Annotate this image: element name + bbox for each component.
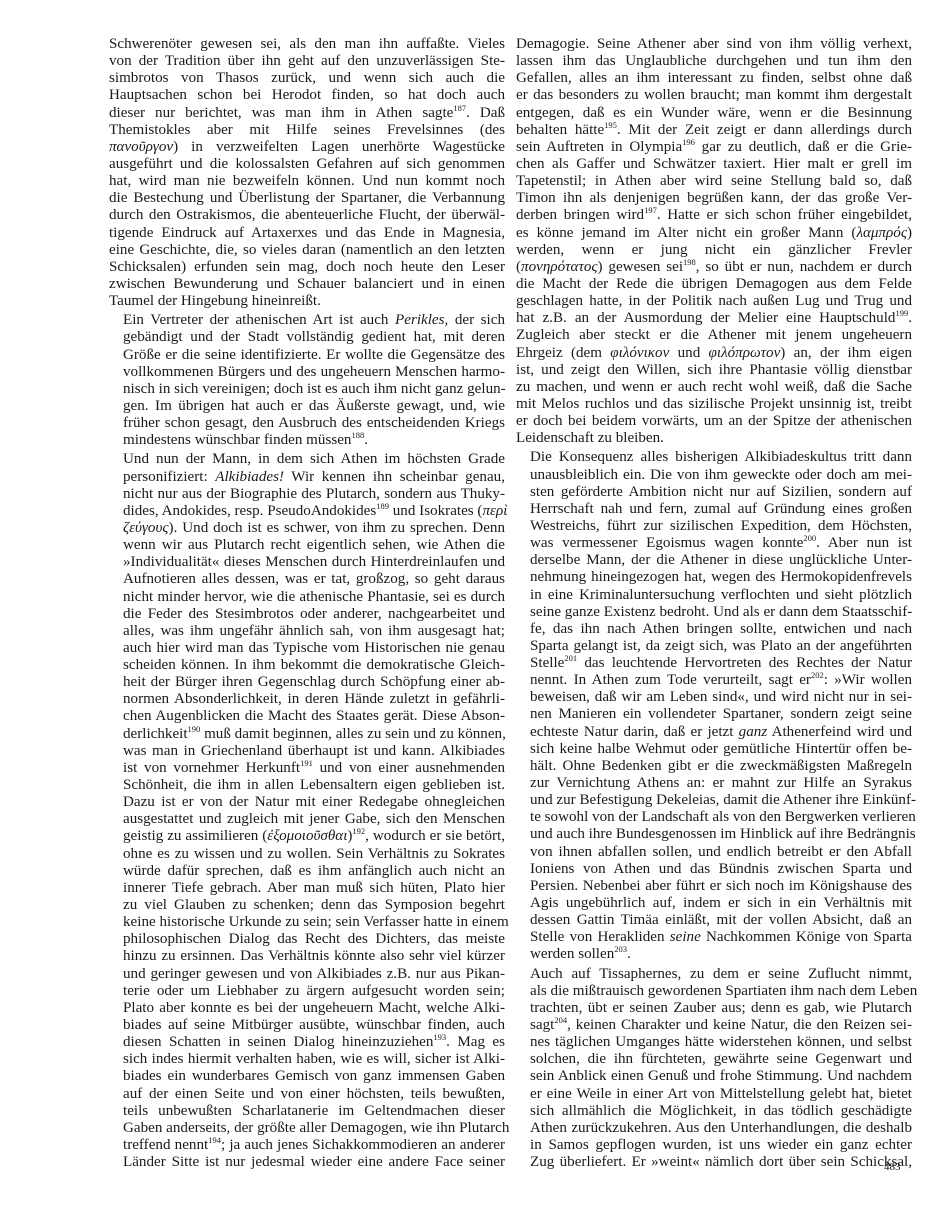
text-run: Gaben anderseits, der größte aller Demag… <box>123 1120 509 1136</box>
text-line: mit Melos ruchlos und das sizilische Pro… <box>516 396 912 413</box>
text-run: Gefallen, alles an ihm interessant zu fi… <box>516 70 912 86</box>
text-run: . Aber nun ist <box>816 535 912 551</box>
text-run: werden sollen <box>530 946 614 962</box>
footnote-ref: 199 <box>895 308 908 318</box>
text-line: Plato aber konnte es bei der ungeheuern … <box>109 1000 505 1017</box>
text-run: und zur Befestigung Dekeleias, damit die… <box>530 792 916 808</box>
footnote-ref: 201 <box>564 653 577 663</box>
text-run: zu machen, und wenn er auch recht wohl w… <box>516 379 912 395</box>
text-run: simbrotos von Thasos zurück, und wenn si… <box>109 70 505 86</box>
text-run: ). Und doch ist es schwer, von ihm zu sp… <box>169 520 505 536</box>
text-run: werden, wenn er jung nicht ein gänzliche… <box>516 242 912 258</box>
text-run: fe, das ihn nach Athen bringen sollte, e… <box>530 621 912 637</box>
text-run: von ihnen abfallen sollen, und endlich b… <box>530 844 912 860</box>
text-line: und geringer gewesen und von Alkibiades … <box>109 966 505 983</box>
text-run: nennt. In Athen zum Tode verurteilt, sag… <box>530 672 811 688</box>
text-run: Timon ihn als denjenigen begrüßen kann, … <box>516 190 912 206</box>
text-line: ζεύγους). Und doch ist es schwer, von ih… <box>109 520 505 537</box>
text-line: biades ein wunderbares Gemisch von ganz … <box>109 1068 505 1085</box>
text-line: gen. Im übrigen hat auch er das Äußerste… <box>109 398 505 415</box>
text-line: ist von vornehmer Herkunft191 und von ei… <box>109 760 505 777</box>
text-line: vollkommenen Bürgers und des ungeheuern … <box>109 364 505 381</box>
text-line: mindestens wünschbar finden müssen188. <box>109 432 505 449</box>
text-line: Stelle201 das leuchtende Hervortreten de… <box>516 655 912 672</box>
italic-text: Perikles, <box>395 312 448 328</box>
text-run: ausgeführt und die kolossalsten Gefahren… <box>109 156 505 172</box>
text-run: , so übt er nun, nachdem er durch <box>696 259 912 275</box>
text-line: echteste Natur darin, daß er jetzt ganz … <box>516 724 912 741</box>
text-line: Persien. Nebenbei aber führt er sich noc… <box>516 878 912 895</box>
footnote-ref: 202 <box>811 670 824 680</box>
text-run: und geringer gewesen und von Alkibiades … <box>123 966 505 982</box>
text-run: Stelle von Herakliden <box>530 929 670 945</box>
text-run: gen. Im übrigen hat auch er das Äußerste… <box>123 398 505 414</box>
footnote-ref: 191 <box>300 758 313 768</box>
text-run: keine historische Urkunde zu sein; sein … <box>123 914 509 930</box>
text-line: auf der einen Seite und von einer höchst… <box>109 1086 505 1103</box>
text-line: Und nun der Mann, in dem sich Athen im h… <box>109 451 505 468</box>
text-run: geistig zu assimilieren ( <box>123 828 267 844</box>
text-run: chen Augenblicken die Macht des Staates … <box>123 708 505 724</box>
text-line: Athen zurückzukehren. Aus den Unterhandl… <box>516 1120 912 1137</box>
text-line: πανοῦργον) in verzweifelten Lagen unerhö… <box>109 139 505 156</box>
text-run: was man in Griechenland überhaupt ist un… <box>123 743 505 759</box>
text-line: hält. Ohne Bedenken gibt er die zweckmäß… <box>516 758 912 775</box>
text-run: was vermessener Egoismus wagen konnte <box>530 535 803 551</box>
text-run: . Mit der Zeit zeigt er dann allerdings … <box>617 122 912 138</box>
text-run: Schwerenöter gewesen sei, als den man ih… <box>109 36 505 52</box>
text-line: und auch ihre Bundesgenossen im Hinblick… <box>516 826 912 843</box>
text-line: Taumel der Hingebung hineinreißt. <box>109 293 505 310</box>
text-run: wenn wir aus Plutarch recht eigentlich s… <box>123 537 505 553</box>
italic-text: ἐξομοιοῦσθαι <box>267 828 347 844</box>
text-line: Die Konsequenz alles bisherigen Alkibiad… <box>516 449 912 466</box>
text-run: er eine Weile in einer Art von Mittelste… <box>530 1086 912 1102</box>
text-line: ausgestattet und zugleich mit jener Gabe… <box>109 811 505 828</box>
text-line: zu machen, und wenn er auch recht wohl w… <box>516 379 912 396</box>
text-run: es könne jemand im Alter nicht ein große… <box>516 225 856 241</box>
text-run: von der Tradition über ihn geht auf den … <box>109 53 505 69</box>
text-line: (πονηρότατος) gewesen sei198, so übt er … <box>516 259 912 276</box>
italic-text: seine <box>670 929 701 945</box>
text-line: »Individualität« dieses Menschen durch H… <box>109 554 505 571</box>
text-line: nehmung hineingezogen hat, wegen des Her… <box>516 569 912 586</box>
text-run: hält. Ohne Bedenken gibt er die zweckmäß… <box>530 758 912 774</box>
text-run: und auch ihre Bundesgenossen im Hinblick… <box>530 826 916 842</box>
text-line: Demagogie. Seine Athener aber sind von i… <box>516 36 912 53</box>
text-run: , keinen Charakter und keine Natur, die … <box>567 1017 912 1033</box>
text-line: nicht minder hervor, wie die athenische … <box>109 589 505 606</box>
text-line: simbrotos von Thasos zurück, und wenn si… <box>109 70 505 87</box>
footnote-ref: 189 <box>376 501 389 511</box>
text-run: nen Manieren ein vollendeter Spartaner, … <box>530 706 912 722</box>
text-run: Herrschaft nah und fern, zumal auf Gründ… <box>530 501 912 517</box>
text-run: trachten, übt er seinen Zauber aus; denn… <box>530 1000 912 1016</box>
text-line: werden sollen203. <box>516 946 912 963</box>
text-line: lassen ihm das Unglaubliche durchgehen u… <box>516 53 912 70</box>
text-run: mit Melos ruchlos und das sizilische Pro… <box>516 396 912 412</box>
text-line: Schicksalen) erfunden sein mag, doch noc… <box>109 259 505 276</box>
text-run: er das besonders zu wollen braucht; man … <box>516 87 912 103</box>
text-line: sagt204, keinen Charakter und keine Natu… <box>516 1017 912 1034</box>
text-run: muß damit beginnen, alles zu sein und zu… <box>200 726 506 742</box>
text-run: sich keine halbe Wehmut oder gemütliche … <box>530 741 912 757</box>
paragraph: Ein Vertreter der athenischen Art ist au… <box>109 312 505 449</box>
text-line: als die mißtrauisch gewordenen Spartiate… <box>516 983 912 1000</box>
text-line: er eine Weile in einer Art von Mittelste… <box>516 1086 912 1103</box>
text-run: . Daß <box>466 105 505 121</box>
text-line: heit der Bürger ihren Gegenschlag durch … <box>109 674 505 691</box>
italic-text: λαμπρός <box>856 225 907 241</box>
text-line: von ihnen abfallen sollen, und endlich b… <box>516 844 912 861</box>
text-line: sein Anblick einen Genuß und frohe Stimm… <box>516 1068 912 1085</box>
text-run: Größe er die seine identifizierte. Er wo… <box>123 347 505 363</box>
text-run: dessen Gattin Timäa einläßt, mit der vol… <box>530 912 912 928</box>
text-line: personifiziert: Alkibiades! Wir kennen i… <box>109 469 505 486</box>
text-line: chen Augenblicken die Macht des Staates … <box>109 708 505 725</box>
text-line: früher schon gesagt, den Ausbruch des en… <box>109 415 505 432</box>
text-line: keine historische Urkunde zu sein; sein … <box>109 914 505 931</box>
text-run: auf der einen Seite und von einer höchst… <box>123 1086 505 1102</box>
text-run: diesen Schatten in seinen Dialog hineinz… <box>123 1034 433 1050</box>
text-run: in Samos gepflogen wurden, ist uns wiede… <box>530 1137 912 1153</box>
text-run: ohne es zu wissen und zu wollen. Sein Ve… <box>123 846 505 862</box>
text-line: dides, Andokides, resp. PseudoAndokides1… <box>109 503 505 520</box>
text-run: Die Konsequenz alles bisherigen Alkibiad… <box>530 449 912 465</box>
footnote-ref: 198 <box>683 257 696 267</box>
text-line: teils unbewußten Scharlatanerie im Gelte… <box>109 1103 505 1120</box>
text-run: zu viel Glauben zu schenken; denn das Sy… <box>123 897 505 913</box>
text-run: . Hatte er sich schon früher eingebildet… <box>657 207 912 223</box>
text-run: Aufnotieren alles dessen, was er tat, gr… <box>123 571 505 587</box>
text-run: biades ein wunderbares Gemisch von ganz … <box>123 1068 505 1084</box>
text-run: seine ganze Existenz bedroht. Und als er… <box>530 604 912 620</box>
text-run: Sparta gelangt ist, da zeigt sich, was P… <box>530 638 912 654</box>
text-line: Auch auf Tissaphernes, zu dem er seine Z… <box>516 966 912 983</box>
text-run: Demagogie. Seine Athener aber sind von i… <box>516 36 912 52</box>
text-run: biades auf seine Mitbürger ausübte, wüns… <box>123 1017 505 1033</box>
text-line: trachten, übt er seinen Zauber aus; denn… <box>516 1000 912 1017</box>
text-line: Aufnotieren alles dessen, was er tat, gr… <box>109 571 505 588</box>
text-line: Gefallen, alles an ihm interessant zu fi… <box>516 70 912 87</box>
text-run: ) <box>907 225 912 241</box>
text-run: Athenerfeind wird und <box>767 724 912 740</box>
text-run: ausgestattet und zugleich mit jener Gabe… <box>123 811 505 827</box>
text-line: Länder Sitte ist nur jedesmal wieder ein… <box>109 1154 505 1171</box>
text-run: und <box>669 345 708 361</box>
footnote-ref: 195 <box>604 120 617 130</box>
text-run: derben bringen wird <box>516 207 644 223</box>
text-run: unausbleiblich ein. Die von ihm geweckte… <box>530 467 912 483</box>
text-line: sein Auftreten in Olympia196 gar zu deut… <box>516 139 912 156</box>
text-run: nicht minder hervor, wie die athenische … <box>123 589 505 605</box>
text-run: sich allmählich die Möglichkeit, in das … <box>530 1103 912 1119</box>
text-run: terie oder um Liebhaber zu ärgern aufges… <box>123 983 505 999</box>
text-line: Hauptsachen schon bei Herodot finden, so… <box>109 87 505 104</box>
text-line: die Bestechung und Überlistung der Spart… <box>109 190 505 207</box>
text-run: ) in verzweifelten Lagen unerhörte Wages… <box>173 139 505 155</box>
paragraph: Demagogie. Seine Athener aber sind von i… <box>516 36 912 447</box>
text-run: , wodurch er sie betört, <box>365 828 505 844</box>
text-line: Schönheit, die ihm in allen Lebensaltern… <box>109 777 505 794</box>
text-run: tigende Eindruck auf Artaxerxes und das … <box>109 225 505 241</box>
text-line: tigende Eindruck auf Artaxerxes und das … <box>109 225 505 242</box>
text-run: sein Auftreten in Olympia <box>516 139 682 155</box>
text-line: derlichkeit190 muß damit beginnen, alles… <box>109 726 505 743</box>
footnote-ref: 196 <box>682 137 695 147</box>
text-line: Westreichs, führt zur sizilischen Expedi… <box>516 518 912 535</box>
text-line: Timon ihn als denjenigen begrüßen kann, … <box>516 190 912 207</box>
text-run: te sowohl von der Landschaft als von den… <box>530 809 916 825</box>
text-line: es könne jemand im Alter nicht ein große… <box>516 225 912 242</box>
text-run: Taumel der Hingebung hineinreißt. <box>109 293 321 309</box>
text-run: behalten hätte <box>516 122 604 138</box>
text-run: hinzu zu ersinnen. Das Verhältnis könnte… <box>123 948 505 964</box>
text-run: ist, und zeigt den Willen, sich ihre Pha… <box>516 362 912 378</box>
footnote-ref: 197 <box>644 205 657 215</box>
text-run: Zug überliefert. Er »weint« nämlich dort… <box>530 1154 912 1170</box>
text-run: Auch auf Tissaphernes, zu dem er seine Z… <box>530 966 912 982</box>
paragraph: Schwerenöter gewesen sei, als den man ih… <box>109 36 505 310</box>
text-run: Nachkommen Könige von Sparta <box>701 929 912 945</box>
text-line: behalten hätte195. Mit der Zeit zeigt er… <box>516 122 912 139</box>
text-line: wenn wir aus Plutarch recht eigentlich s… <box>109 537 505 554</box>
text-line: nisch in sich vereinigen; doch ist es au… <box>109 381 505 398</box>
text-run: eine Geschichte, die, so vieles daran (n… <box>109 242 505 258</box>
text-line: er das besonders zu wollen braucht; man … <box>516 87 912 104</box>
text-line: auch hier wird man das Typische vom Hist… <box>109 640 505 657</box>
text-line: werden, wenn er jung nicht ein gänzliche… <box>516 242 912 259</box>
text-run: Persien. Nebenbei aber führt er sich noc… <box>530 878 912 894</box>
text-line: Gaben anderseits, der größte aller Demag… <box>109 1120 505 1137</box>
text-run: die Macht der Rede die übrigen Demagogen… <box>516 276 912 292</box>
text-line: nes täglichen Umganges hätte widerstehen… <box>516 1034 912 1051</box>
text-run: Schicksalen) erfunden sein mag, doch noc… <box>109 259 505 275</box>
text-run: teils unbewußten Scharlatanerie im Gelte… <box>123 1103 505 1119</box>
text-run: derlichkeit <box>123 726 188 742</box>
text-run: gar zu deutlich, daß er die Grie- <box>695 139 912 155</box>
text-run: früher schon gesagt, den Ausbruch des en… <box>123 415 505 431</box>
text-run: hat, wird man nie bezweifeln können. Und… <box>109 173 505 189</box>
page-number: 483 <box>884 1161 901 1173</box>
paragraph: Und nun der Mann, in dem sich Athen im h… <box>109 451 505 1171</box>
text-line: Dazu ist er von der Natur mit einer Rede… <box>109 794 505 811</box>
italic-text: φιλόπρωτον <box>709 345 781 361</box>
text-run: Ioniens von Athen und das Bündnis zwisch… <box>530 861 912 877</box>
text-run: zwischen Bewunderung und Schauer balanci… <box>109 276 505 292</box>
text-line: geistig zu assimilieren (ἐξομοιοῦσθαι)19… <box>109 828 505 845</box>
text-run: Wir kennen ihn scheinbar genau, <box>284 469 505 485</box>
text-line: te sowohl von der Landschaft als von den… <box>516 809 912 826</box>
text-line: sich indes hiermit verhalten haben, wie … <box>109 1051 505 1068</box>
text-run: . <box>627 946 631 962</box>
text-run: Ehrgeiz (dem <box>516 345 610 361</box>
text-run: als die mißtrauisch gewordenen Spartiate… <box>530 983 917 999</box>
footnote-ref: 194 <box>208 1135 221 1145</box>
text-line: gebändigt und der Stadt vollständig gedi… <box>109 329 505 346</box>
footnote-ref: 193 <box>433 1032 446 1042</box>
text-line: chen als Gaffer und Schwätzer taxiert. H… <box>516 156 912 173</box>
text-run: alles, was ihm ungefähr ähnlich sah, von… <box>123 623 505 639</box>
text-run: mindestens wünschbar finden müssen <box>123 432 351 448</box>
text-run: . <box>908 310 912 326</box>
italic-text: πανοῦργον <box>109 139 173 155</box>
text-run: chen als Gaffer und Schwätzer taxiert. H… <box>516 156 912 172</box>
text-run: »Individualität« dieses Menschen durch H… <box>123 554 505 570</box>
text-line: er doch bei beidem vorwärts, um an der S… <box>516 413 912 430</box>
text-line: scheiden können. In ihm bekommt die demo… <box>109 657 505 674</box>
text-line: dessen Gattin Timäa einläßt, mit der vol… <box>516 912 912 929</box>
text-line: innerer Tiefe gebrach. Aber man muß sich… <box>109 880 505 897</box>
text-run: Und nun der Mann, in dem sich Athen im h… <box>123 451 505 467</box>
text-run: Themistokles aber mit Hilfe seines Freve… <box>109 122 505 138</box>
text-line: Ioniens von Athen und das Bündnis zwisch… <box>516 861 912 878</box>
text-run: innerer Tiefe gebrach. Aber man muß sich… <box>123 880 505 896</box>
text-run: auch hier wird man das Typische vom Hist… <box>123 640 505 656</box>
right-text-column: Demagogie. Seine Athener aber sind von i… <box>516 36 912 1171</box>
text-run: nisch in sich vereinigen; doch ist es au… <box>123 381 506 397</box>
text-line: durch den Ostrakismos, die abenteuerlich… <box>109 207 505 224</box>
text-run: die Feder des Stesimbrotos oder anderer,… <box>123 606 505 622</box>
text-line: Herrschaft nah und fern, zumal auf Gründ… <box>516 501 912 518</box>
text-line: nen Manieren ein vollendeter Spartaner, … <box>516 706 912 723</box>
text-line: geschlagen hatte, in der Politik nach au… <box>516 293 912 310</box>
italic-text: ζεύγους <box>123 520 169 536</box>
italic-text: πονηρότατος <box>521 259 598 275</box>
italic-text: Alkibiades! <box>215 469 284 485</box>
text-run: sagt <box>530 1017 554 1033</box>
text-run: Schönheit, die ihm in allen Lebensaltern… <box>123 777 505 793</box>
text-line: Ein Vertreter der athenischen Art ist au… <box>109 312 505 329</box>
text-line: in eine Kriminaluntersuchung verflochten… <box>516 587 912 604</box>
text-line: ausgeführt und die kolossalsten Gefahren… <box>109 156 505 173</box>
text-line: was vermessener Egoismus wagen konnte200… <box>516 535 912 552</box>
text-run: sten geförderte Ambition nicht nur auf S… <box>530 484 912 500</box>
text-line: derben bringen wird197. Hatte er sich sc… <box>516 207 912 224</box>
text-line: sich keine halbe Wehmut oder gemütliche … <box>516 741 912 758</box>
text-line: fe, das ihn nach Athen bringen sollte, e… <box>516 621 912 638</box>
text-run: ) an, der ihm eigen <box>780 345 912 361</box>
footnote-ref: 200 <box>803 533 816 543</box>
text-run: sein Anblick einen Genuß und frohe Stimm… <box>530 1068 912 1084</box>
text-run: Tapetenstil; in Athen aber wird seine St… <box>516 173 912 189</box>
text-run: solchen, die ihn fürchteten, gewährte se… <box>530 1051 912 1067</box>
text-line: die Feder des Stesimbrotos oder anderer,… <box>109 606 505 623</box>
text-line: eine Geschichte, die, so vieles daran (n… <box>109 242 505 259</box>
text-run: dides, Andokides, resp. PseudoAndokides <box>123 503 376 519</box>
text-run: Länder Sitte ist nur jedesmal wieder ein… <box>123 1154 505 1170</box>
text-run: nicht nur aus der Biographie des Plutarc… <box>123 486 505 502</box>
text-line: unausbleiblich ein. Die von ihm geweckte… <box>516 467 912 484</box>
text-line: Stelle von Herakliden seine Nachkommen K… <box>516 929 912 946</box>
text-line: zur Vernichtung Athens an: er mahnt zur … <box>516 775 912 792</box>
footnote-ref: 192 <box>352 826 365 836</box>
text-run: beweisen, daß wir am Leben sind«, und wi… <box>530 689 912 705</box>
text-line: hinzu zu ersinnen. Das Verhältnis könnte… <box>109 948 505 965</box>
text-run: nehmung hineingezogen hat, wegen des Her… <box>530 569 912 585</box>
text-line: seine ganze Existenz bedroht. Und als er… <box>516 604 912 621</box>
text-run: Westreichs, führt zur sizilischen Expedi… <box>530 518 912 534</box>
text-line: sten geförderte Ambition nicht nur auf S… <box>516 484 912 501</box>
text-line: hat, wird man nie bezweifeln können. Und… <box>109 173 505 190</box>
text-line: entgegen, daß es ein Wunder wäre, wenn e… <box>516 105 912 122</box>
text-line: solchen, die ihn fürchteten, gewährte se… <box>516 1051 912 1068</box>
text-run: die Bestechung und Überlistung der Spart… <box>109 190 505 206</box>
text-line: normen Absonderlichkeit, in deren Hände … <box>109 691 505 708</box>
footnote-ref: 188 <box>351 430 364 440</box>
text-line: Ehrgeiz (dem φιλόνικον und φιλόπρωτον) a… <box>516 345 912 362</box>
text-run: würde dafür sprechen, daß es ihm anfängl… <box>123 863 505 879</box>
italic-text: φιλόνικον <box>610 345 669 361</box>
text-run: normen Absonderlichkeit, in deren Hände … <box>123 691 505 707</box>
text-line: nennt. In Athen zum Tode verurteilt, sag… <box>516 672 912 689</box>
text-run: Athen zurückzukehren. Aus den Unterhandl… <box>530 1120 912 1136</box>
text-line: Leidenschaft zu bleiben. <box>516 430 912 447</box>
text-line: hat z.B. an der Ausmordung der Melier ei… <box>516 310 912 327</box>
footnote-ref: 190 <box>188 724 201 734</box>
text-run: Zugleich aber steckt er die Athener mit … <box>516 327 912 343</box>
text-line: zwischen Bewunderung und Schauer balanci… <box>109 276 505 293</box>
paragraph: Auch auf Tissaphernes, zu dem er seine Z… <box>516 966 912 1172</box>
text-run: entgegen, daß es ein Wunder wäre, wenn e… <box>516 105 912 121</box>
text-line: terie oder um Liebhaber zu ärgern aufges… <box>109 983 505 1000</box>
text-run: zur Vernichtung Athens an: er mahnt zur … <box>530 775 912 791</box>
text-run: ; ja auch jenes Sichakkommodieren an and… <box>221 1137 505 1153</box>
text-line: sich allmählich die Möglichkeit, in das … <box>516 1103 912 1120</box>
text-run: nes täglichen Umganges hätte widerstehen… <box>530 1034 912 1050</box>
text-run: Dazu ist er von der Natur mit einer Rede… <box>123 794 505 810</box>
text-line: dieser nur berichtet, was man ihm in Ath… <box>109 105 505 122</box>
text-line: zu viel Glauben zu schenken; denn das Sy… <box>109 897 505 914</box>
text-run: hat z.B. an der Ausmordung der Melier ei… <box>516 310 895 326</box>
text-line: Tapetenstil; in Athen aber wird seine St… <box>516 173 912 190</box>
text-line: die Macht der Rede die übrigen Demagogen… <box>516 276 912 293</box>
text-run: dieser nur berichtet, was man ihm in Ath… <box>109 105 453 121</box>
text-line: ist, und zeigt den Willen, sich ihre Pha… <box>516 362 912 379</box>
paragraph: Die Konsequenz alles bisherigen Alkibiad… <box>516 449 912 963</box>
text-line: in Samos gepflogen wurden, ist uns wiede… <box>516 1137 912 1154</box>
text-run: heit der Bürger ihren Gegenschlag durch … <box>123 674 505 690</box>
text-line: ohne es zu wissen und zu wollen. Sein Ve… <box>109 846 505 863</box>
text-run: Stelle <box>530 655 564 671</box>
text-line: Zugleich aber steckt er die Athener mit … <box>516 327 912 344</box>
footnote-ref: 187 <box>453 103 466 113</box>
text-run: scheiden können. In ihm bekommt die demo… <box>123 657 505 673</box>
text-run: durch den Ostrakismos, die abenteuerlich… <box>109 207 505 223</box>
text-line: Agis ungebührlich auf, indem er sich in … <box>516 895 912 912</box>
text-line: treffend nennt194; ja auch jenes Sichakk… <box>109 1137 505 1154</box>
text-run: Leidenschaft zu bleiben. <box>516 430 664 446</box>
text-line: nicht nur aus der Biographie des Plutarc… <box>109 486 505 503</box>
text-run: ist von vornehmer Herkunft <box>123 760 300 776</box>
text-line: und zur Befestigung Dekeleias, damit die… <box>516 792 912 809</box>
text-line: von der Tradition über ihn geht auf den … <box>109 53 505 70</box>
text-run: geschlagen hatte, in der Politik nach au… <box>516 293 912 309</box>
text-run: Ein Vertreter der athenischen Art ist au… <box>123 312 395 328</box>
text-run: ) gewesen sei <box>598 259 683 275</box>
text-run: treffend nennt <box>123 1137 208 1153</box>
text-line: diesen Schatten in seinen Dialog hineinz… <box>109 1034 505 1051</box>
text-run: Hauptsachen schon bei Herodot finden, so… <box>109 87 505 103</box>
text-run: : »Wir wollen <box>824 672 912 688</box>
text-line: Zug überliefert. Er »weint« nämlich dort… <box>516 1154 912 1171</box>
italic-text: ganz <box>739 724 768 740</box>
text-line: Größe er die seine identifizierte. Er wo… <box>109 347 505 364</box>
text-run: und Isokrates ( <box>389 503 482 519</box>
text-line: würde dafür sprechen, daß es ihm anfängl… <box>109 863 505 880</box>
text-run: Agis ungebührlich auf, indem er sich in … <box>530 895 912 911</box>
text-run: . Mag es <box>446 1034 505 1050</box>
